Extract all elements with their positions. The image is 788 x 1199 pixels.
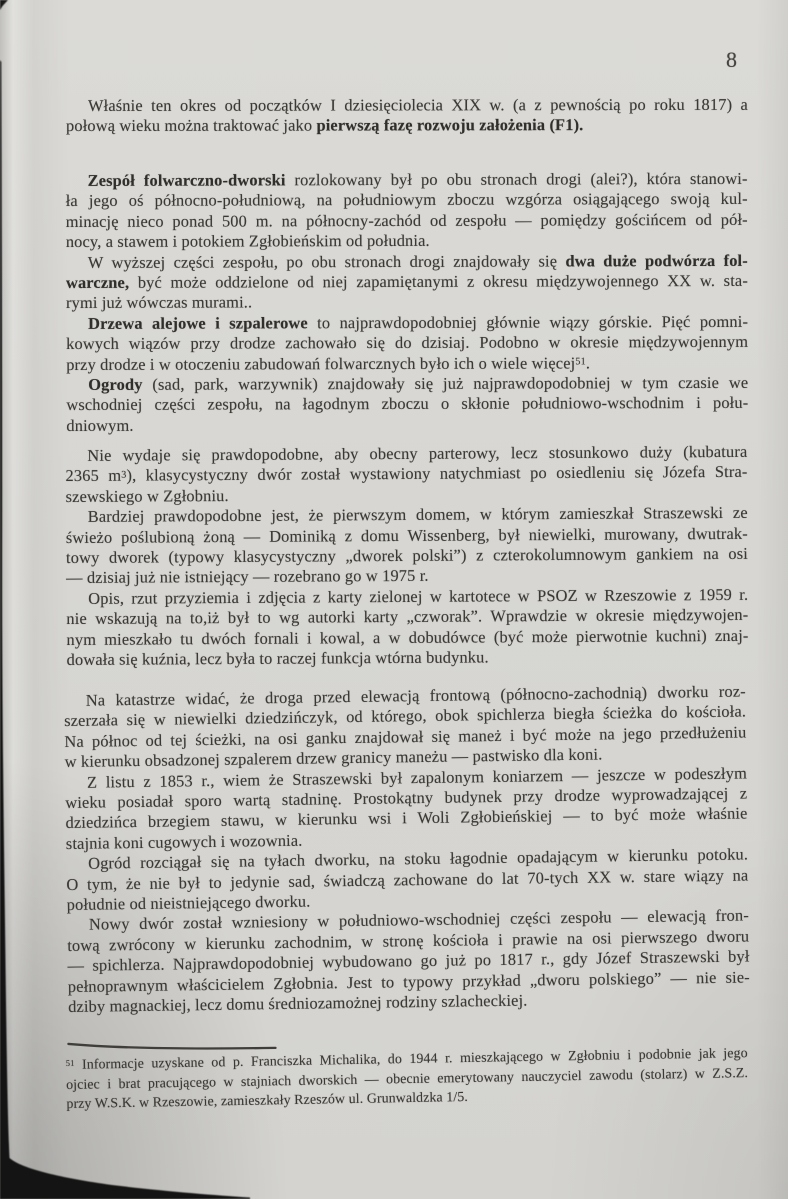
text-run: szewskiego w Zgłobniu. — [66, 486, 229, 506]
section-dwor: Nie wydaje się prawdopodobne, aby obecny… — [65, 442, 748, 671]
bold-run: Ogrody — [88, 375, 142, 394]
text-line: wschodniej części zespołu, na łagodnym z… — [66, 393, 748, 416]
text-run: rymi już wówczas murami.. — [66, 293, 252, 313]
text-run: dowała się kuźnia, lecz była to raczej f… — [67, 648, 489, 670]
text-run: W wyższej części zespołu, po obu stronac… — [88, 251, 566, 272]
text-run: . — [586, 353, 590, 372]
text-line: ła jego oś północno-południową, na połud… — [66, 189, 748, 212]
body-sections: Właśnie ten okres od początków I dziesię… — [66, 96, 748, 1017]
paragraph: Bardziej prawdopodobne jest, że pierwszy… — [66, 503, 748, 589]
footnote-text: 51 Informacje uzyskane od p. Franciszka … — [66, 1044, 749, 1115]
text-run: dniowym. — [66, 415, 133, 434]
paragraph: W wyższej części zespołu, po obu stronac… — [66, 250, 748, 313]
paragraph: Z listu z 1853 r., wiem że Straszewski b… — [65, 763, 748, 854]
text-run: rozlokowany był po obu stronach drogi (a… — [286, 169, 748, 189]
text-line: rymi już wówczas murami.. — [66, 291, 748, 314]
bold-run: warczne, — [66, 273, 129, 292]
paragraph: Opis, rzut przyziemia i zdjęcia z karty … — [66, 585, 748, 671]
text-line: W wyższej części zespołu, po obu stronac… — [66, 250, 748, 273]
scanned-document-page: 8 Właśnie ten okres od początków I dzies… — [0, 0, 788, 1199]
text-line: kowych wiązów przy drodze zachowało się … — [66, 332, 748, 355]
text-run: południe od nieistniejącego dworku. — [67, 891, 311, 913]
text-run: Bardziej prawdopodobne jest, że pierwszy… — [88, 503, 748, 526]
text-run: Właśnie ten okres od początków I dziesię… — [88, 95, 748, 115]
bold-run: pierwszą fazę rozwoju założenia (F1). — [316, 116, 583, 135]
text-run: nym mieszkało tu dwóch fornali i kowal, … — [66, 626, 748, 649]
text-line: dowała się kuźnia, lecz była to raczej f… — [67, 646, 749, 671]
footnote-ref: 3 — [121, 469, 126, 480]
text-run: świeżo poślubioną żoną — Dominiką z domu… — [66, 524, 748, 547]
text-run: kowych wiązów przy drodze zachowało się … — [66, 332, 748, 353]
paragraph: Nie wydaje się prawdopodobne, aby obecny… — [65, 442, 747, 507]
footnote-ref: 51 — [66, 1058, 75, 1068]
paragraph: Na katastrze widać, że droga przed elewa… — [64, 681, 747, 772]
paragraph: Zespół folwarczno-dworski rozlokowany by… — [66, 169, 748, 253]
corner-speck — [0, 0, 8, 10]
text-line: nocy, a stawem i potokiem Zgłobieńskim o… — [66, 230, 748, 253]
text-run: nie wskazują na to,iż był to wg autorki … — [66, 605, 748, 628]
text-run: Nie wydaje się prawdopodobne, aby obecny… — [87, 442, 747, 465]
footnote-block: 51 Informacje uzyskane od p. Franciszka … — [65, 1029, 748, 1115]
text-line: 2365 m3), klasycystyczny dwór został wys… — [65, 462, 747, 487]
text-line: Zespół folwarczno-dworski rozlokowany by… — [66, 169, 748, 192]
paragraph: Ogród rozciągał się na tyłach dworku, na… — [66, 844, 749, 915]
text-run: Opis, rzut przyziemia i zdjęcia z karty … — [88, 585, 748, 608]
body-text: Właśnie ten okres od początków I dziesię… — [66, 96, 748, 1115]
text-line: nym mieszkało tu dwóch fornali i kowal, … — [66, 626, 748, 651]
text-line: Drzewa alejowe i szpalerowe to najprawdo… — [66, 312, 748, 335]
text-run: wschodniej części zespołu, na łagodnym z… — [66, 393, 748, 414]
text-run: minację nieco ponad 500 m. na północny-z… — [66, 209, 748, 230]
bold-run: dwa duże podwórza fol- — [565, 250, 747, 270]
paragraph: Nowy dwór został wzniesiony w południowo… — [67, 906, 750, 1018]
text-run: ), klasycystyczny dwór został wystawiony… — [126, 462, 747, 485]
text-run: 2365 m — [65, 466, 121, 485]
text-run: połową wieku można traktować jako — [66, 116, 316, 135]
section-intro: Właśnie ten okres od początków I dziesię… — [66, 95, 748, 137]
bold-run: Zespół folwarczno-dworski — [88, 170, 286, 190]
section-kataster: Na katastrze widać, że droga przed elewa… — [64, 681, 750, 1017]
text-line: dniowym. — [66, 414, 748, 437]
text-run: (sad, park, warzywnik) znajdowały się ju… — [143, 373, 749, 394]
footnote-ref: 51 — [575, 356, 586, 367]
text-run: przy W.S.K. w Rzeszowie, zamieszkały Rze… — [66, 1090, 468, 1112]
text-line: Ogrody (sad, park, warzywnik) znajdowały… — [66, 373, 748, 396]
text-line: Właśnie ten okres od początków I dziesię… — [66, 95, 748, 117]
paragraph: Drzewa alejowe i szpalerowe to najprawdo… — [66, 312, 748, 375]
text-line: warczne, być może oddzielone od niej zap… — [66, 271, 748, 294]
text-run: ła jego oś północno-południową, na połud… — [66, 189, 748, 210]
bold-run: Drzewa alejowe i szpalerowe — [88, 313, 308, 333]
page-number: 8 — [726, 47, 737, 73]
text-line: przy drodze i w otoczeniu zabudowań folw… — [66, 352, 748, 375]
text-line: połową wieku można traktować jako pierws… — [66, 115, 748, 137]
text-run: towy dworek (typowy klasycystyczny „dwor… — [66, 544, 748, 567]
text-run: — dzisiaj już nie istniejący — rozebrano… — [66, 566, 429, 587]
paragraph: Ogrody (sad, park, warzywnik) znajdowały… — [66, 373, 748, 436]
text-run: być może oddzielone od niej zapamiętanym… — [129, 271, 748, 292]
text-run: stajnia koni cugowych i wozownia. — [66, 830, 303, 852]
text-run: nocy, a stawem i potokiem Zgłobieńskim o… — [66, 231, 430, 251]
text-run: to najprawdopodobniej głównie wiązy górs… — [308, 312, 748, 332]
text-line: minację nieco ponad 500 m. na północny-z… — [66, 209, 748, 232]
text-run: przy drodze i w otoczeniu zabudowań folw… — [66, 353, 575, 374]
section-zespol: Zespół folwarczno-dworski rozlokowany by… — [66, 169, 749, 436]
paragraph: Właśnie ten okres od początków I dziesię… — [66, 95, 748, 137]
